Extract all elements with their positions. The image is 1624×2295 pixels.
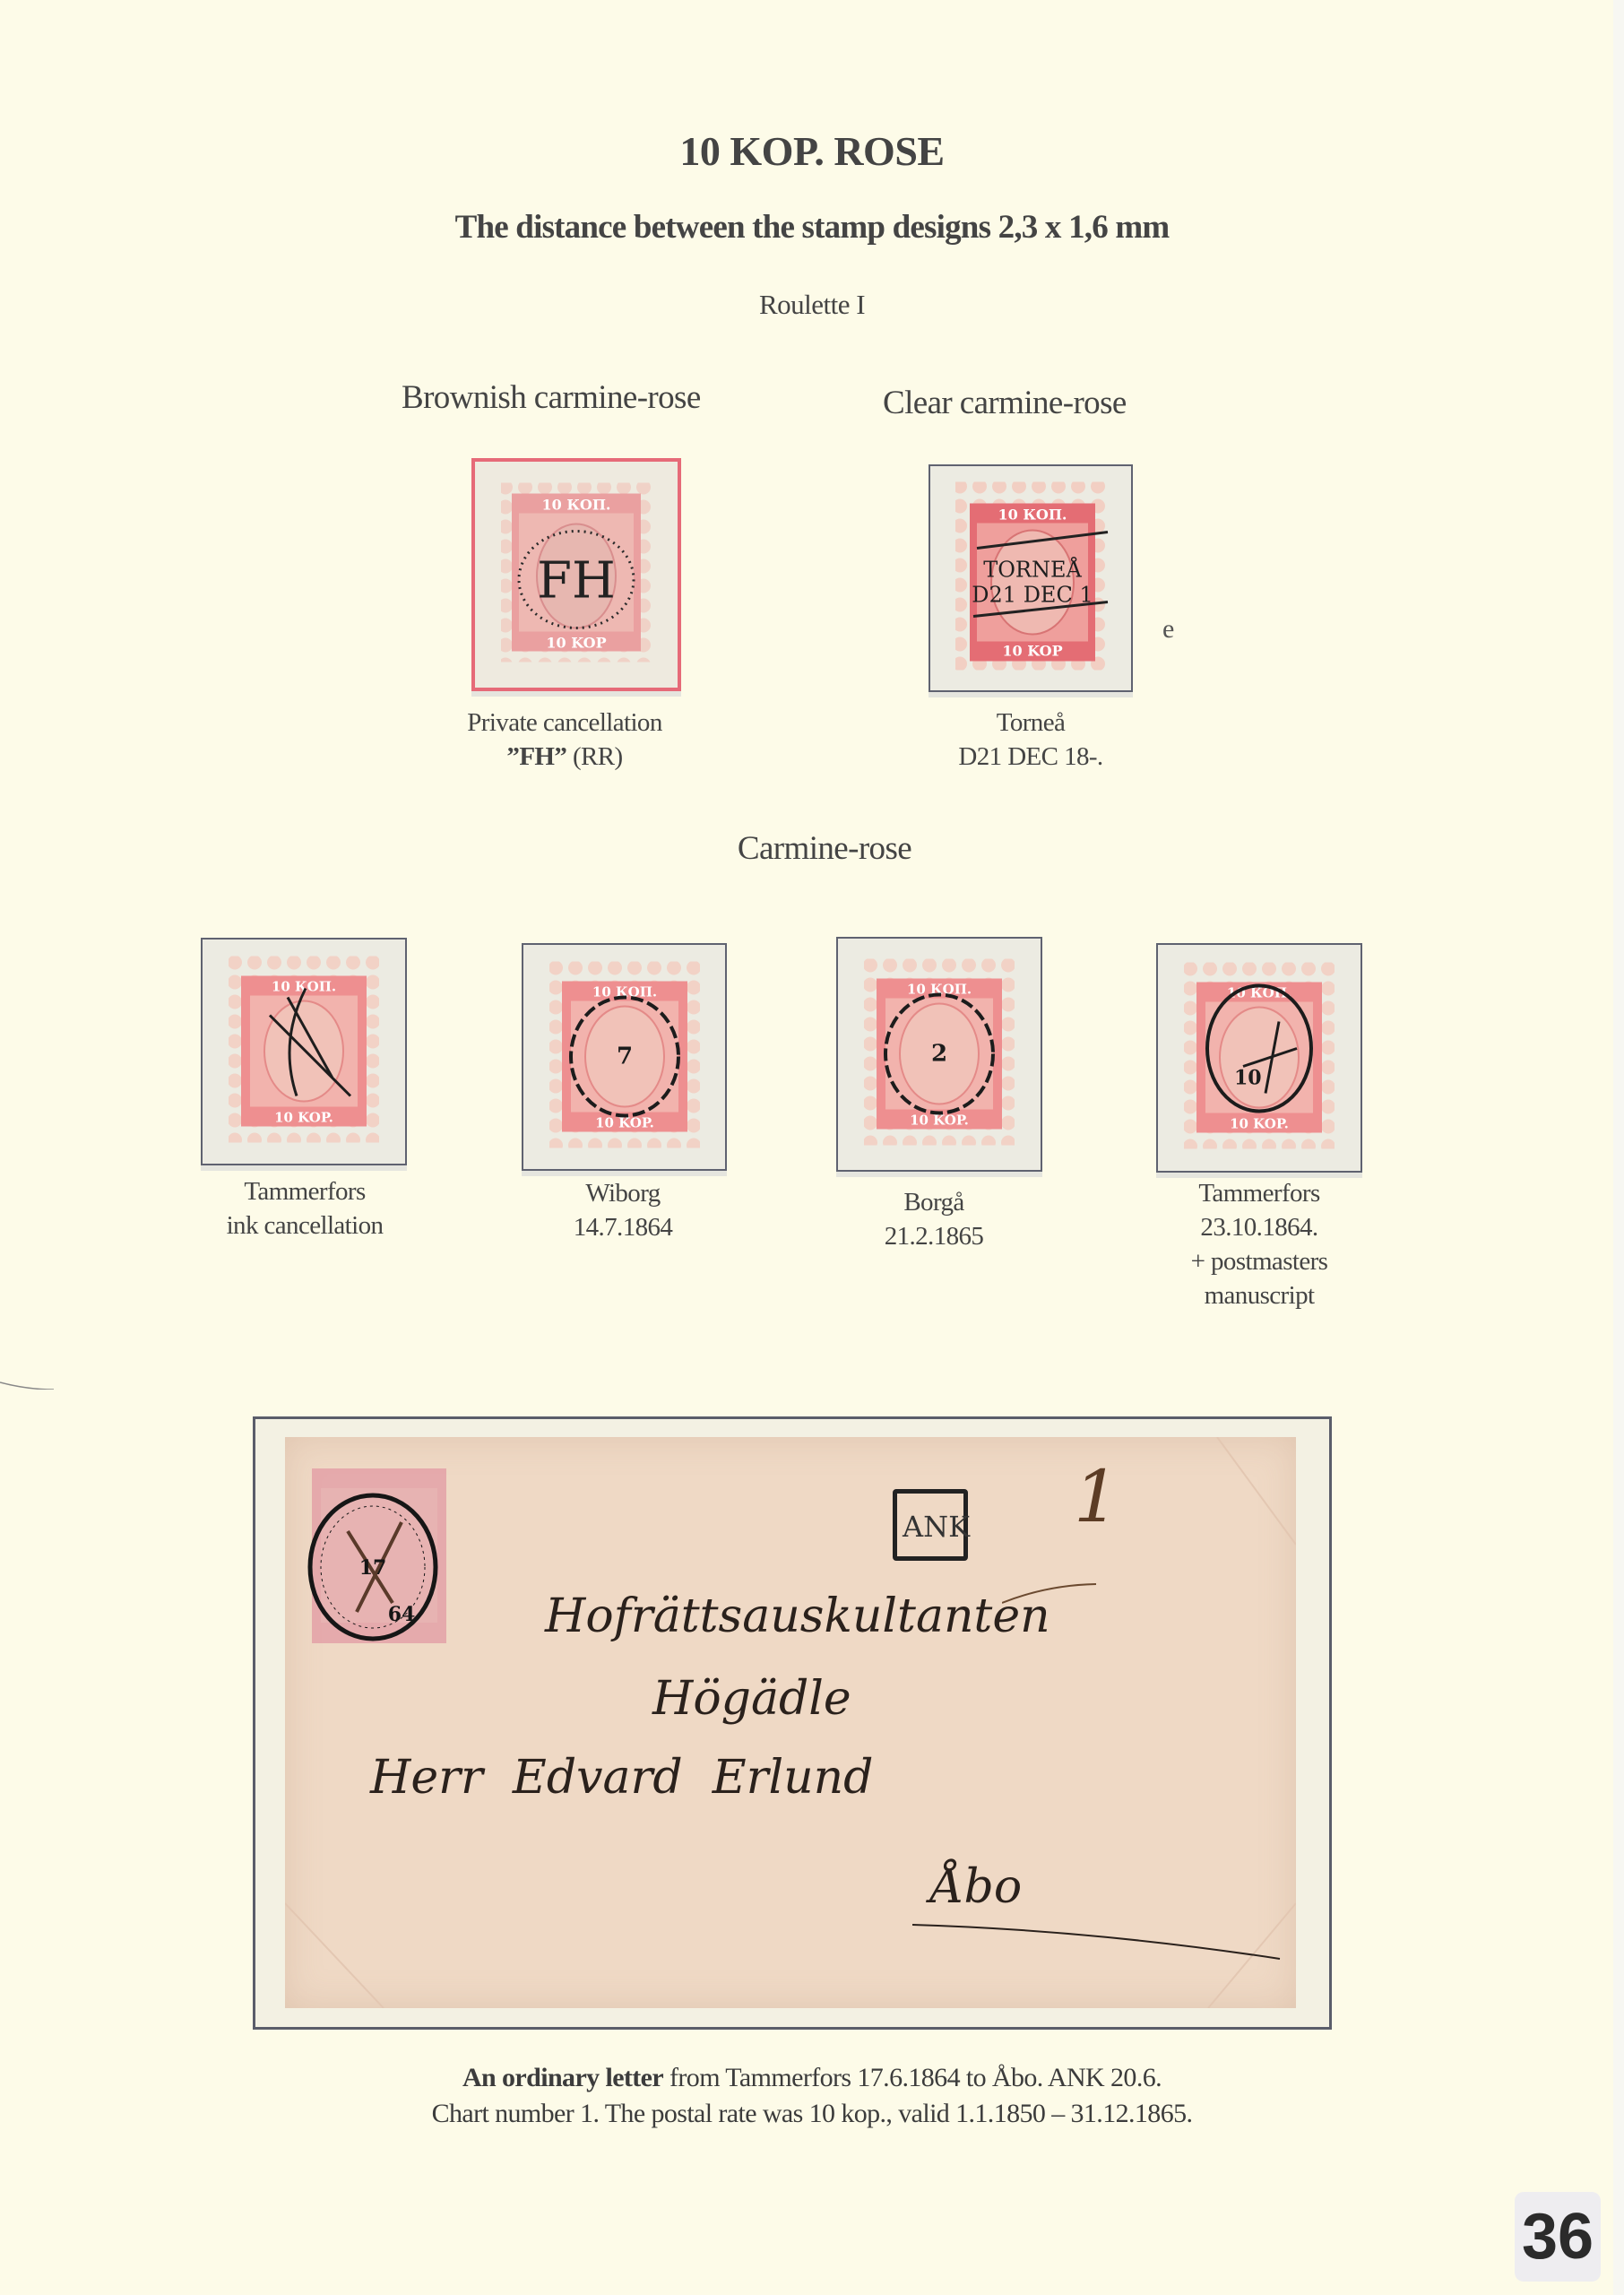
stamp-mount-4[interactable]: 10 КОП. 10 KOP. 10 xyxy=(1156,943,1362,1173)
svg-text:10: 10 xyxy=(1234,1067,1262,1090)
stamp-tornea-image: 10 КОП. 10 KOP TORNEÅ D21 DEC 1 xyxy=(950,477,1111,676)
page-title: 10 KOP. ROSE xyxy=(0,127,1624,175)
stamp-fh-image: 10 КОП. 10 KOP FH xyxy=(496,478,657,668)
caption-fh-line2: ”FH” (RR) xyxy=(394,740,735,774)
caption-stamp-3: Borgå21.2.1865 xyxy=(799,1185,1068,1253)
stamp-tornea: 10 КОП. 10 KOP TORNEÅ D21 DEC 1 xyxy=(950,477,1111,680)
rate-mark: 1 xyxy=(1074,1455,1119,1538)
page-edge xyxy=(1613,0,1624,2295)
svg-text:2: 2 xyxy=(931,1041,947,1068)
stamp-mount-2[interactable]: 10 КОП. 10 KOP. 7 xyxy=(522,943,727,1171)
stamp-4: 10 КОП. 10 KOP. 10 xyxy=(1180,959,1338,1157)
shade-heading-carmine: Carmine-rose xyxy=(0,829,1624,868)
cover-caption: An ordinary letter from Tammerfors 17.6.… xyxy=(0,2060,1624,2132)
address-line-4: Åbo xyxy=(930,1860,1022,1914)
stamp-3: 10 КОП. 10 KOP. 2 xyxy=(860,956,1018,1154)
stamp-2: 10 КОП. 10 KOP. 7 xyxy=(546,958,704,1156)
stamp-mount-fh[interactable]: 10 КОП. 10 KOP FH xyxy=(471,458,681,691)
cover-envelope[interactable]: 17 64 TAMMERFORS 17 6 64 ANK 1 Hofrättsa… xyxy=(285,1437,1296,2008)
stamp-mount-3[interactable]: 10 КОП. 10 KOP. 2 xyxy=(836,937,1042,1172)
cover-stamp: 17 64 xyxy=(303,1468,464,1657)
caption-tornea: Torneå D21 DEC 18-. xyxy=(878,706,1183,774)
svg-text:10 KOP: 10 KOP xyxy=(546,635,606,652)
page-number: 36 xyxy=(1515,2192,1601,2282)
stamp-fh: 10 КОП. 10 KOP FH xyxy=(496,478,657,672)
caption-fh: Private cancellation ”FH” (RR) xyxy=(394,706,735,774)
caption-stamp-2: Wiborg14.7.1864 xyxy=(488,1176,757,1244)
svg-text:10 КОП.: 10 КОП. xyxy=(541,497,610,514)
stamp-mount-tornea[interactable]: 10 КОП. 10 KOP TORNEÅ D21 DEC 1 xyxy=(929,464,1133,692)
svg-text:D21 DEC 1: D21 DEC 1 xyxy=(972,583,1093,608)
svg-text:FH: FH xyxy=(537,552,616,611)
stamp-1: 10 КОП. 10 KOP. xyxy=(225,953,383,1151)
caption-stamp-4: Tammerfors23.10.1864. + postmastersmanus… xyxy=(1125,1176,1394,1312)
svg-text:17: 17 xyxy=(359,1556,387,1580)
svg-text:TORNEÅ: TORNEÅ xyxy=(983,557,1082,583)
svg-text:7: 7 xyxy=(616,1044,632,1070)
caption-tornea-line1: Torneå xyxy=(878,706,1183,740)
stamp-mount-1[interactable]: 10 КОП. 10 KOP. xyxy=(201,938,407,1165)
address-line-1: Hofrättsauskultanten xyxy=(545,1589,1050,1643)
cover-caption-line1: An ordinary letter from Tammerfors 17.6.… xyxy=(0,2060,1624,2096)
annotation-e: e xyxy=(1162,614,1174,645)
margin-pencil-mark xyxy=(0,1372,63,1390)
cover-caption-line2: Chart number 1. The postal rate was 10 k… xyxy=(0,2096,1624,2132)
ank-box-mark: ANK xyxy=(893,1489,968,1561)
address-line-2: Högädle xyxy=(652,1672,851,1726)
roulette-label: Roulette I xyxy=(0,289,1624,321)
svg-text:64: 64 xyxy=(388,1603,416,1626)
svg-text:10 КОП.: 10 КОП. xyxy=(998,507,1067,524)
svg-text:10 KOP.: 10 KOP. xyxy=(1230,1116,1289,1132)
svg-text:10 KOP: 10 KOP xyxy=(1002,643,1062,660)
shade-heading-brownish: Brownish carmine-rose xyxy=(402,378,701,417)
shade-heading-clear: Clear carmine-rose xyxy=(883,384,1127,422)
caption-tornea-line2: D21 DEC 18-. xyxy=(878,740,1183,774)
svg-text:10 KOP.: 10 KOP. xyxy=(274,1110,333,1126)
page-subtitle: The distance between the stamp designs 2… xyxy=(0,208,1624,247)
underline-stroke xyxy=(912,1921,1289,1966)
caption-fh-line1: Private cancellation xyxy=(394,706,735,740)
address-line-3: Herr Edvard Erlund xyxy=(370,1751,873,1805)
caption-stamp-1: Tammerforsink cancellation xyxy=(170,1174,439,1243)
